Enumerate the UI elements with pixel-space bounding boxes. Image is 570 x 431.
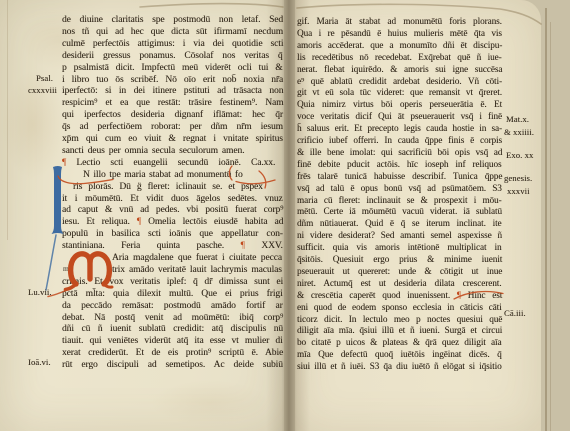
text-line: tiauit. qui veniētes viderūt atq̄ ita es…: [62, 336, 283, 348]
line-text: da peccādo remāsat: postmodū amādo forti…: [62, 301, 283, 311]
margin-note: xxxvii: [507, 186, 530, 196]
line-text: & ille bene imolat: qui sacrificiū bōi o…: [297, 147, 502, 157]
text-line: respicim⁹ et ea que restāt: trāsire fest…: [62, 98, 283, 110]
line-text: ni videre desiderat? Sed amanti semel as…: [297, 230, 502, 240]
line-text: crificio iubef offerri. In cauda q̄ppe f…: [297, 135, 502, 145]
text-line: gif. Maria āt stabat ad monumētū foris p…: [297, 16, 502, 28]
text-line: dñm nūtiauerat. Quid ē q̄ se iterum incl…: [297, 218, 502, 230]
text-line: e⁹ quē ablatū credidit ardebat desiderio…: [297, 76, 502, 88]
line-text: Aria magdalene que fuerat i ciuitate pec…: [112, 253, 282, 263]
text-line: pseuerauit ut quereret: unde & cōtigit u…: [297, 266, 502, 278]
line-text: dñi cū ñ iuenit sublatū credidit: atq̄ d…: [62, 324, 283, 334]
text-line: sufficit. quia vis amoris intētionē mult…: [297, 242, 502, 254]
text-line: ni videre desiderat? Sed amanti semel as…: [297, 230, 502, 242]
text-line: finē debite pducit actōis. hīc ioseph in…: [297, 159, 502, 171]
line-text: Lectio scti euangelii secundū ioānē. Ca.…: [76, 158, 275, 168]
guide-letter: m: [63, 264, 69, 273]
line-text: vsq̄ ad talū ē opus bonū vsq̄ ad psūmatō…: [297, 183, 502, 193]
text-line: ris plorās. Dū g̈ fleret: iclinauit se. …: [73, 182, 263, 194]
text-line: mētū. Certe iā mōumētū vacuū viderat. iā…: [297, 206, 502, 218]
line-text: & crescētia caperēt quod inuenissent.: [297, 290, 457, 300]
line-text: q̄s ad perfectiōem roborat: per dñm nr̄m…: [62, 122, 283, 132]
text-line: Quia nimirz virtus bōi operis perseuerāt…: [297, 99, 502, 111]
text-line: git vt eū sola tūc videret: que remansit…: [297, 87, 502, 99]
text-line: Qua i re pēsandū ē huius mulieris mētē q…: [297, 28, 502, 40]
line-text: finē debite pducit actōis. hīc ioseph in…: [297, 159, 502, 169]
line-text: xp̄m qui cum eo viuit & regnat i vnitate…: [62, 134, 283, 144]
text-line: iperfectō: si in dei itinere pstituti ad…: [62, 86, 283, 98]
line-text: tiauit. qui veniētes viderūt atq̄ ita es…: [62, 336, 283, 346]
line-text: trix amādo veritatē lauit lachrymis macu…: [112, 265, 282, 275]
margin-note: genesis.: [504, 173, 532, 183]
line-text: siui illū et ñ iuēi. S3 q̄a diu iuētō ñ …: [297, 361, 502, 371]
text-line: de diuine claritatis spe postmodū non le…: [62, 15, 283, 27]
text-line: diligit aīa mīa. q̄siui illū et ñ iueni.…: [297, 325, 502, 337]
line-text: mētū. Certe iā mōumētū vacuū viderat. iā…: [297, 206, 502, 216]
line-text: it i mōumētū. Et vidit duos āgelos sedēt…: [62, 194, 283, 204]
margin-note: Exo. xx: [506, 150, 533, 160]
text-line: debat. Nā postq̄ venit ad moūmētū: ibiq̄…: [62, 313, 283, 325]
text-line: desiderii gressus ponamus. Cōsolaf nos v…: [62, 51, 283, 63]
line-text: XXV.: [261, 241, 282, 251]
text-line: nerat. flebat iquirēdo. & amoris sui ign…: [297, 64, 502, 76]
text-line: vsq̄ ad talū ē opus bonū vsq̄ ad psūmatō…: [297, 183, 502, 195]
paraph-mark: ¶: [62, 158, 76, 168]
line-text: maria cū fleret: inclinauit se & prospex…: [297, 195, 502, 205]
line-text: desiderii gressus ponamus. Cōsolaf nos v…: [62, 51, 283, 61]
line-text: frēs talarē tunicā habuisse describif. T…: [297, 171, 502, 181]
line-text: sufficit. quia vis amoris intētionē mult…: [297, 242, 502, 252]
text-line: maria cū fleret: inclinauit se & prospex…: [297, 195, 502, 207]
line-text: Quia nimirz virtus bōi operis perseuerāt…: [297, 99, 502, 109]
line-text: diligit aīa mīa. q̄siui illū et ñ iueni.…: [297, 325, 502, 335]
text-line: h̄ saluus erit. Et precepto legis cauda …: [297, 123, 502, 135]
text-line: sancti deus per omnia secula seculorum a…: [62, 146, 244, 158]
line-text: pctā ml̄ta: quia dilexit multū. Que ei p…: [62, 289, 283, 299]
line-text: de diuine claritatis spe postmodū non le…: [62, 15, 283, 25]
line-text: git vt eū sola tūc videret: que remansit…: [297, 87, 502, 97]
line-text: debat. Nā postq̄ venit ad moūmētū: ibiq̄…: [62, 313, 283, 323]
paraph-mark: ¶: [241, 241, 262, 251]
text-line: i libro tuo ōs scribēf. Nō oīo erit nob̄…: [62, 75, 283, 87]
book-photo: de diuine claritatis spe postmodū non le…: [0, 0, 570, 431]
text-line: ad caput & vnū ad pedes. vbi positū fuer…: [62, 205, 283, 217]
text-line: p psalmistā dicit. Impfectū meū viderēt …: [62, 63, 283, 75]
text-line: ticorz dicit. In lectulo meo p noctes qu…: [297, 314, 502, 326]
text-line: populū in basilica scti ioānis que appel…: [62, 229, 283, 241]
line-text: eni quod de eodem sponso ecclesia in cāt…: [297, 302, 502, 312]
line-text: niret. Actumq̄ est ut desideria dilata c…: [297, 278, 502, 288]
text-line: Aria magdalene que fuerat i ciuitate pec…: [112, 253, 282, 265]
line-text: gif. Maria āt stabat ad monumētū foris p…: [297, 16, 502, 26]
text-line: eni quod de eodem sponso ecclesia in cāt…: [297, 302, 502, 314]
text-line: voce veritatis dicif Qui āt pseuerauerit…: [297, 111, 502, 123]
line-text: culmē perfectōis attigimus: i via dei qu…: [62, 39, 283, 49]
text-line: da peccādo remāsat: postmodū amādo forti…: [62, 301, 283, 313]
text-line: mīa Que defectū quoq̄ iuētōis ingēinat d…: [297, 349, 502, 361]
margin-note: & xxiiii.: [504, 127, 534, 137]
text-line: trix amādo veritatē lauit lachrymis macu…: [112, 265, 282, 277]
line-text: Qua i re pēsandū ē huius mulieris mētē q…: [297, 28, 502, 38]
text-line: & ille bene imolat: qui sacrificiū bōi o…: [297, 147, 502, 159]
line-text: lis recedētibus nō recedebat. Exq̄rebat …: [297, 52, 502, 62]
text-line: dñi cū ñ iuenit sublatū credidit: atq̄ d…: [62, 324, 283, 336]
paraph-mark: ¶: [137, 217, 148, 227]
margin-note: Psal.: [36, 73, 53, 83]
line-text: ticorz dicit. In lectulo meo p noctes qu…: [297, 314, 502, 324]
line-text: mīa Que defectū quoq̄ iuētōis ingēinat d…: [297, 349, 502, 359]
line-text: voce veritatis dicif Qui āt pseuerauerit…: [297, 111, 502, 121]
text-line: xp̄m qui cum eo viuit & regnat i vnitate…: [62, 134, 283, 146]
text-line: frēs talarē tunicā habuisse describif. T…: [297, 171, 502, 183]
paraph-mark: ¶: [457, 290, 468, 300]
line-text: p psalmistā dicit. Impfectū meū viderēt …: [62, 63, 283, 73]
line-text: iesu. Et reliqua.: [62, 217, 137, 227]
text-line: N illo tpe maria stabat ad monumentū fo: [83, 170, 243, 182]
line-text: stantiniana. Feria quinta pasche.: [62, 241, 241, 251]
line-text: qui iperfectos desideria dignanf iflāmat…: [62, 110, 283, 120]
text-line: crificio iubef offerri. In cauda q̄ppe f…: [297, 135, 502, 147]
line-text: q̄sitōis. Quesiuit ergo prius & minime i…: [297, 254, 502, 264]
text-line: xerat crediderūt. Et de eis protin⁹ scri…: [62, 348, 283, 360]
line-text: sancti deus per omnia secula seculorum a…: [62, 146, 244, 156]
text-line: lis recedētibus nō recedebat. Exq̄rebat …: [297, 52, 502, 64]
line-text: rūt ergo discipuli ad semetipos. Ac deid…: [62, 360, 283, 370]
line-text: ris plorās. Dū g̈ fleret: iclinauit se. …: [73, 182, 263, 192]
text-line: culmē perfectōis attigimus: i via dei qu…: [62, 39, 283, 51]
line-text: xerat crediderūt. Et de eis protin⁹ scri…: [62, 348, 283, 358]
margin-note: Cā.iii.: [504, 308, 526, 318]
margin-note: Lu.vii.: [28, 287, 52, 297]
text-line: bo citatē p uicos & plateas & q̄rā quez …: [297, 337, 502, 349]
text-line: siui illū et ñ iuēi. S3 q̄a diu iuētō ñ …: [297, 361, 502, 373]
line-text: Hinc est: [468, 290, 502, 300]
line-text: amoris accēderat. que a monumīto dñi ēt …: [297, 40, 502, 50]
text-line: q̄s ad perfectiōem roborat: per dñm nr̄m…: [62, 122, 283, 134]
margin-note: Mat.x.: [506, 114, 529, 124]
line-text: h̄ saluus erit. Et precepto legis cauda …: [297, 123, 502, 133]
text-line: pctā ml̄ta: quia dilexit multū. Que ei p…: [62, 289, 283, 301]
text-line: qui iperfectos desideria dignanf iflāmat…: [62, 110, 283, 122]
line-text: dñm nūtiauerat. Quid ē q̄ se iterum incl…: [297, 218, 502, 228]
text-line: iesu. Et reliqua. ¶ Omelia lectōis eiusd…: [62, 217, 283, 229]
line-text: iperfectō: si in dei itinere pstituti ad…: [62, 86, 283, 96]
line-text: N illo tpe maria stabat ad monumentū fo: [83, 170, 243, 180]
line-text: pseuerauit ut quereret: unde & cōtigit u…: [297, 266, 502, 276]
text-line: q̄sitōis. Quesiuit ergo prius & minime i…: [297, 254, 502, 266]
margin-note: cxxxviii: [28, 85, 57, 95]
text-line: rūt ergo discipuli ad semetipos. Ac deid…: [62, 360, 283, 372]
line-text: respicim⁹ et ea que restāt: trāsire fest…: [62, 98, 283, 108]
line-text: i libro tuo ōs scribēf. Nō oīo erit nob̄…: [62, 75, 283, 85]
line-text: nerat. flebat iquirēdo. & amoris sui ign…: [297, 64, 502, 74]
text-line: stantiniana. Feria quinta pasche. ¶ XXV.: [62, 241, 283, 253]
line-text: nos tñ qui ad hec que dicta sūt ifirmamī…: [62, 27, 283, 37]
text-line: niret. Actumq̄ est ut desideria dilata c…: [297, 278, 502, 290]
margin-note: Ioā.vi.: [28, 357, 51, 367]
text-line: nos tñ qui ad hec que dicta sūt ifirmamī…: [62, 27, 283, 39]
foxing-stain: [150, 380, 270, 426]
page-edge: [550, 22, 551, 431]
line-text: ad caput & vnū ad pedes. vbi positū fuer…: [62, 205, 283, 215]
line-text: populū in basilica scti ioānis que appel…: [62, 229, 283, 239]
line-text: Omelia lectōis eiusdē habita ad: [148, 217, 283, 227]
text-line: amoris accēderat. que a monumīto dñi ēt …: [297, 40, 502, 52]
line-text: crimis. Et vox veritatis iplef: q̄ dr̄ d…: [62, 277, 283, 287]
text-line: crimis. Et vox veritatis iplef: q̄ dr̄ d…: [62, 277, 283, 289]
line-text: bo citatē p uicos & plateas & q̄rā quez …: [297, 337, 502, 347]
line-text: e⁹ quē ablatū credidit ardebat desiderio…: [297, 76, 502, 86]
text-line: it i mōumētū. Et vidit duos āgelos sedēt…: [62, 194, 283, 206]
text-line: & crescētia caperēt quod inuenissent. ¶ …: [297, 290, 502, 302]
text-line: ¶ Lectio scti euangelii secundū ioānē. C…: [62, 158, 283, 170]
page-edge: [545, 8, 547, 431]
